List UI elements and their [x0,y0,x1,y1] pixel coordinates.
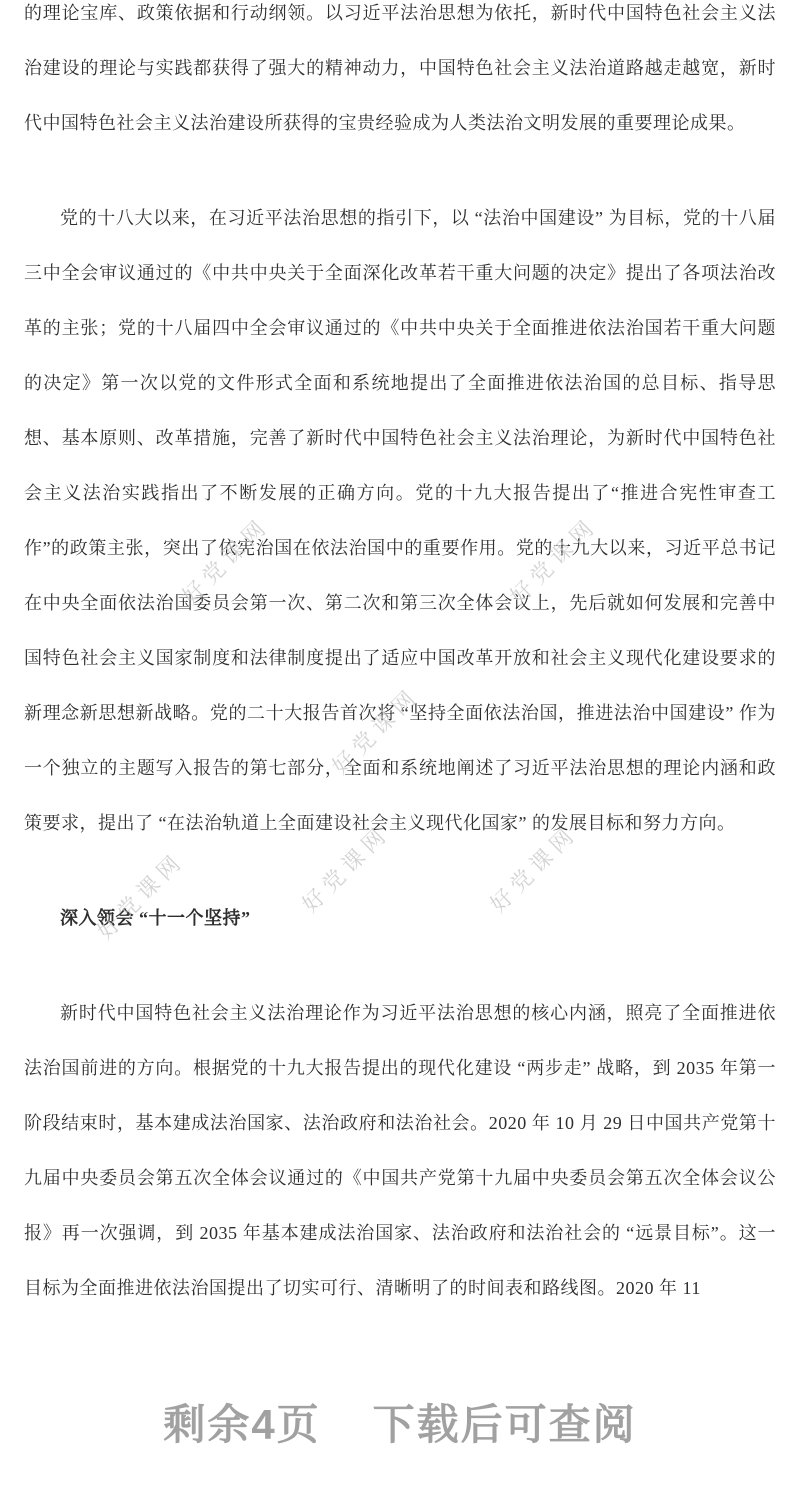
document-body: 的理论宝库、政策依据和行动纲领。以习近平法治思想为依托，新时代中国特色社会主义法… [0,0,800,1316]
paragraph: 党的十八大以来，在习近平法治思想的指引下，以 “法治中国建设” 为目标，党的十八… [24,191,776,851]
paragraph: 新时代中国特色社会主义法治理论作为习近平法治思想的核心内涵，照亮了全面推进依法治… [24,986,776,1316]
preview-footer: 剩余4页 下载后可查阅 [0,1404,800,1446]
download-note-label: 下载后可查阅 [373,1404,637,1446]
paragraph-continuation: 的理论宝库、政策依据和行动纲领。以习近平法治思想为依托，新时代中国特色社会主义法… [24,0,776,151]
pages-remaining-label: 剩余4页 [163,1404,320,1446]
document-page: 好党课网好党课网好党课网好党课网好党课网好党课网 的理论宝库、政策依据和行动纲领… [0,0,800,1502]
section-heading: 深入领会 “十一个坚持” [24,891,776,946]
